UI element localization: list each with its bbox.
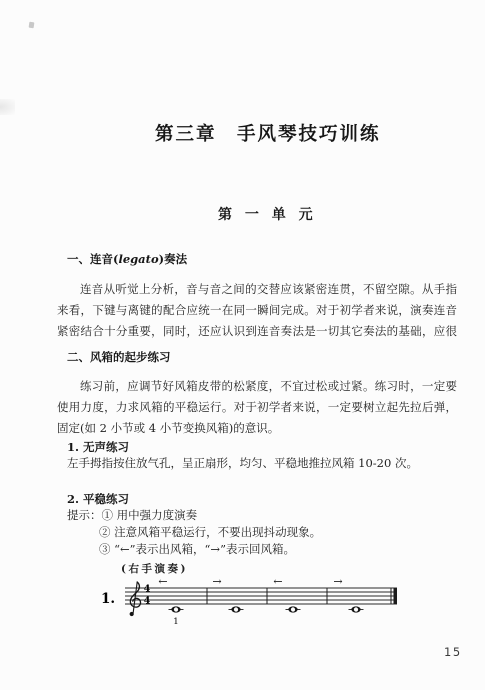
book-page: 第三章 手风琴技巧训练 第 一 单 元 一、连音(legato)奏法 连音从听觉…	[0, 0, 485, 690]
section-1-heading: 一、连音(legato)奏法	[67, 251, 187, 267]
section-1-line-3: 紧密结合十分重要，同时，还应认识到连音奏法是一切其它奏法的基础，应很好地把握。	[57, 324, 457, 339]
section-2-line-3: 固定(如 2 小节或 4 小节变换风箱)的意识。	[57, 421, 279, 436]
section-1-line-1: 连音从听觉上分析，音与音之间的交替应该紧密连贯，不留空隙。从手指动作的角度	[80, 282, 457, 297]
exercise-2-tip-2: ② 注意风箱平稳运行，不要出现抖动现象。	[99, 525, 321, 540]
whole-note	[229, 606, 244, 612]
notes	[169, 606, 364, 612]
exercise-2-heading: 2. 平稳练习	[67, 491, 129, 507]
exercise-2-tip-3: ③ “←”表示出风箱，“→”表示回风箱。	[99, 542, 295, 557]
whole-note	[169, 606, 184, 612]
exercise-2-tip-1: 提示：① 用中强力度演奏	[67, 508, 197, 523]
legato-term: legato	[118, 252, 158, 266]
chapter-title: 第三章 手风琴技巧训练	[155, 120, 381, 146]
scan-artifact-smudge	[0, 99, 15, 115]
section-1-heading-pre: 一、连音(	[67, 252, 118, 266]
section-2-line-1: 练习前，应调节好风箱皮带的松紧度，不宜过松或过紧。练习时，一定要均匀、平稳地	[80, 379, 457, 394]
music-exercise-number: 1.	[101, 591, 115, 607]
music-score: 1. 4 4 ← → ← →	[95, 576, 435, 628]
scan-artifact-dot	[29, 22, 35, 29]
exercise-1-body: 左手拇指按住放气孔，呈正扇形，均匀、平稳地推拉风箱 10-20 次。	[67, 456, 418, 471]
unit-title: 第 一 单 元	[218, 204, 317, 224]
section-1-heading-post: )奏法	[159, 252, 187, 266]
bellows-arrow-left-icon: ←	[158, 576, 167, 588]
exercise-1-heading: 1. 无声练习	[67, 439, 129, 455]
bellows-arrow-right-icon: →	[333, 576, 342, 588]
time-signature-bottom: 4	[144, 596, 151, 607]
bellows-arrow-right-icon: →	[212, 576, 221, 588]
bellows-arrow-left-icon: ←	[273, 576, 282, 588]
section-2-line-2: 使用力度，力求风箱的平稳运行。对于初学者来说，一定要树立起先拉后弹，风箱转换相对	[57, 400, 457, 415]
treble-clef-icon	[130, 582, 141, 616]
section-2-heading: 二、风箱的起步练习	[67, 349, 171, 365]
section-1-line-2: 来看，下键与离键的配合应统一在同一瞬间完成。对于初学者来说，演奏连音时听与做的	[57, 303, 457, 318]
time-signature-top: 4	[144, 584, 151, 595]
whole-note	[286, 606, 301, 612]
fingering-number: 1	[173, 617, 178, 627]
whole-note	[349, 606, 364, 612]
page-number: 15	[444, 645, 462, 659]
final-barline-thick	[394, 588, 398, 604]
music-caption: (右手演奏)	[121, 561, 188, 576]
staff-lines	[125, 588, 397, 604]
